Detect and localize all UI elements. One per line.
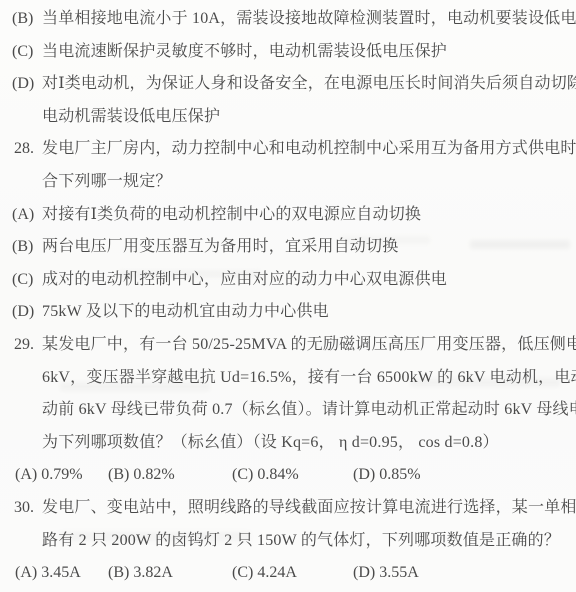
answer-option[interactable]: (A) 0.79% [15,459,108,492]
answer-value: 0.79% [41,466,82,483]
question-line: 6kV，变压器半穿越电抗 Ud=16.5%，接有一台 6500kW 的 6kV … [0,362,576,395]
question-line: 30.发电厂、变电站中，照明线路的导线截面应按计算电流进行选择，某一单相照明回 [0,492,576,525]
answer-value: 0.84% [257,466,298,483]
question-number: 28. [14,133,34,166]
option-line: (A)对接有Ⅰ类负荷的电动机控制中心的双电源应自动切换 [0,199,576,232]
question-text: 发电厂、变电站中，照明线路的导线截面应按计算电流进行选择，某一单相照明回 [42,499,576,516]
answer-value: 0.85% [379,466,420,483]
option-line: (D)对Ⅰ类电动机，为保证人身和设备安全，在电源电压长时间消失后须自动切除时， [0,68,576,101]
option-block: (C)成对的电动机控制中心，应由对应的动力中心双电源供电 [0,264,576,297]
option-block: (B)当单相接地电流小于 10A，需装设接地故障检测装置时，电动机要装设低电压保… [0,3,576,36]
question-block: 30.发电厂、变电站中，照明线路的导线截面应按计算电流进行选择，某一单相照明回路… [0,492,576,557]
question-text: 合下列哪一规定？ [42,173,172,190]
answer-options-row: (A) 3.45A(B) 3.82A(C) 4.24A(D) 3.55A [0,557,576,590]
answer-option[interactable]: (C) 0.84% [232,459,353,492]
answer-value: 3.45A [41,564,81,581]
option-text: 对Ⅰ类电动机，为保证人身和设备安全，在电源电压长时间消失后须自动切除时， [42,75,576,92]
option-block: (B)两台电压厂用变压器互为备用时，宜采用自动切换 [0,231,576,264]
answer-option[interactable]: (A) 3.45A [15,557,108,590]
answer-letter: (A) [15,466,37,483]
question-line: 28.发电厂主厂房内，动力控制中心和电动机控制中心采用互为备用方式供电时，应符 [0,133,576,166]
answer-letter: (B) [108,564,129,581]
answer-option[interactable]: (D) 0.85% [353,459,421,492]
question-number: 29. [14,329,34,362]
question-text: 6kV，变压器半穿越电抗 Ud=16.5%，接有一台 6500kW 的 6kV … [42,369,576,386]
option-text: 电动机需装设低电压保护 [42,108,220,125]
option-block: (D)对Ⅰ类电动机，为保证人身和设备安全，在电源电压长时间消失后须自动切除时，电… [0,68,576,133]
question-line: 动前 6kV 母线已带负荷 0.7（标幺值）。请计算电动机正常起动时 6kV 母… [0,394,576,427]
option-block: (A)对接有Ⅰ类负荷的电动机控制中心的双电源应自动切换 [0,199,576,232]
option-block: (C)当电流速断保护灵敏度不够时，电动机需装设低电压保护 [0,36,576,69]
option-text: 两台电压厂用变压器互为备用时，宜采用自动切换 [42,238,398,255]
answer-letter: (A) [15,564,37,581]
option-label: (C) [12,264,33,297]
option-line: 电动机需装设低电压保护 [0,101,576,134]
answer-value: 3.82A [133,564,173,581]
answer-letter: (B) [108,466,129,483]
answer-value: 3.55A [379,564,419,581]
question-list: (B)当单相接地电流小于 10A，需装设接地故障检测装置时，电动机要装设低电压保… [0,3,576,590]
answer-option[interactable]: (B) 3.82A [108,557,232,590]
answer-option[interactable]: (B) 0.82% [108,459,232,492]
option-label: (D) [12,296,34,329]
question-text: 动前 6kV 母线已带负荷 0.7（标幺值）。请计算电动机正常起动时 6kV 母… [42,401,576,418]
answer-value: 4.24A [257,564,297,581]
question-block: 29.某发电厂中，有一台 50/25-25MVA 的无励磁调压高压厂用变压器，低… [0,329,576,459]
answer-letter: (D) [353,564,375,581]
option-line: (B)两台电压厂用变压器互为备用时，宜采用自动切换 [0,231,576,264]
question-text: 发电厂主厂房内，动力控制中心和电动机控制中心采用互为备用方式供电时，应符 [42,140,576,157]
option-label: (A) [12,199,34,232]
option-text: 75kW 及以下的电动机宜由动力中心供电 [42,303,329,320]
option-line: (C)成对的电动机控制中心，应由对应的动力中心双电源供电 [0,264,576,297]
question-line: 为下列哪项数值？（标幺值）（设 Kq=6， η d=0.95， cos d=0.… [0,427,576,460]
option-line: (C)当电流速断保护灵敏度不够时，电动机需装设低电压保护 [0,36,576,69]
answer-option[interactable]: (D) 3.55A [353,557,419,590]
option-line: (D)75kW 及以下的电动机宜由动力中心供电 [0,296,576,329]
option-line: (B)当单相接地电流小于 10A，需装设接地故障检测装置时，电动机要装设低电压保… [0,3,576,36]
question-number: 30. [14,492,34,525]
option-text: 成对的电动机控制中心，应由对应的动力中心双电源供电 [42,271,447,288]
answer-letter: (D) [353,466,375,483]
option-text: 对接有Ⅰ类负荷的电动机控制中心的双电源应自动切换 [42,206,421,223]
document-page: (B)当单相接地电流小于 10A，需装设接地故障检测装置时，电动机要装设低电压保… [0,0,576,592]
option-label: (D) [12,68,34,101]
question-block: 28.发电厂主厂房内，动力控制中心和电动机控制中心采用互为备用方式供电时，应符合… [0,133,576,198]
option-label: (C) [12,36,33,69]
question-text: 路有 2 只 200W 的卤钨灯 2 只 150W 的气体灯，下列哪项数值是正确… [42,532,560,549]
option-label: (B) [12,3,33,36]
option-text: 当电流速断保护灵敏度不够时，电动机需装设低电压保护 [42,43,447,60]
question-line: 路有 2 只 200W 的卤钨灯 2 只 150W 的气体灯，下列哪项数值是正确… [0,525,576,558]
option-label: (B) [12,231,33,264]
option-block: (D)75kW 及以下的电动机宜由动力中心供电 [0,296,576,329]
answers-block: (A) 0.79%(B) 0.82%(C) 0.84%(D) 0.85% [0,459,576,492]
answers-block: (A) 3.45A(B) 3.82A(C) 4.24A(D) 3.55A [0,557,576,590]
answer-letter: (C) [232,466,253,483]
question-text: 为下列哪项数值？（标幺值）（设 Kq=6， η d=0.95， cos d=0.… [42,434,499,451]
option-text: 当单相接地电流小于 10A，需装设接地故障检测装置时，电动机要装设低电压保护 [42,10,576,27]
question-line: 29.某发电厂中，有一台 50/25-25MVA 的无励磁调压高压厂用变压器，低… [0,329,576,362]
answer-option[interactable]: (C) 4.24A [232,557,353,590]
answer-value: 0.82% [133,466,174,483]
answer-letter: (C) [232,564,253,581]
question-text: 某发电厂中，有一台 50/25-25MVA 的无励磁调压高压厂用变压器，低压侧电… [42,336,576,353]
question-line: 合下列哪一规定？ [0,166,576,199]
answer-options-row: (A) 0.79%(B) 0.82%(C) 0.84%(D) 0.85% [0,459,576,492]
